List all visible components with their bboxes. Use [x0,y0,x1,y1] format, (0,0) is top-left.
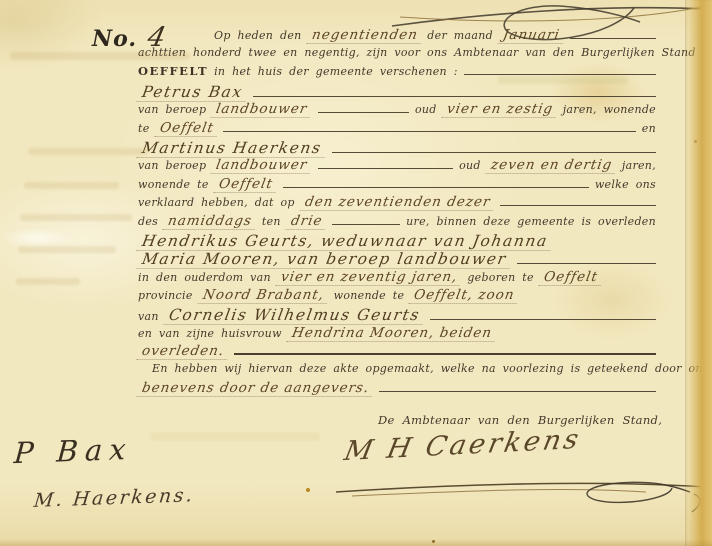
printed-text: in het huis der gemeente verschenen : [214,65,458,78]
handwritten-text: Martinus Haerkens [136,139,327,158]
document-line: desnamiddagstendrieure, binnen deze geme… [138,213,662,232]
printed-text: jaren, [622,159,656,172]
document-line: En hebben wij hiervan deze akte opgemaak… [138,362,662,381]
blank-fill-rule [517,259,656,264]
printed-text: OEFFELT [138,64,208,78]
printed-text: achttien honderd twee en negentig, zijn … [138,46,712,59]
document-line: en van zijne huisvrouwHendrina Mooren, b… [138,325,662,344]
printed-text: en [642,122,656,135]
blank-fill-rule [332,220,400,225]
handwritten-text: Maria Mooren, van beroep landbouwer [136,250,512,269]
printed-text: geboren te [467,271,534,284]
printed-text: jaren, wonende [563,103,656,116]
printed-text: En hebben wij hiervan deze akte opgemaak… [152,362,709,375]
page-edge-bottom [0,539,712,546]
handwritten-text: drie [285,213,327,230]
blank-fill-rule [223,127,635,132]
document-line: van beroeplandbouweroudvier en zestigjar… [138,101,662,120]
scanned-death-record: { "page": { "act_number_label": "No.", "… [0,0,712,546]
official-signature-flourish [330,475,712,525]
blank-fill-rule [253,92,656,97]
printed-text: van beroep [138,103,206,116]
blank-fill-rule [570,34,656,39]
document-line: van beroeplandbouweroudzeven en dertigja… [138,157,662,176]
ink-speck [306,488,310,492]
handwritten-text: landbouwer [211,101,313,118]
signature-petrus-bax: P Bax [13,432,134,470]
handwritten-text: Oeffelt [154,120,219,137]
handwritten-text: Cornelis Wilhelmus Geurts [163,306,425,325]
document-line: vanCornelis Wilhelmus Geurts [138,306,662,325]
bleed-through-mark [10,52,190,60]
handwritten-text: Hendrikus Geurts, weduwnaar van Johanna [136,232,553,251]
handwritten-text: zeven en dertig [485,157,617,174]
printed-text: en van zijne huisvrouw [138,327,282,340]
document-line: Op heden dennegentiendender maandJanuari [138,27,662,46]
handwritten-text: namiddags [163,213,258,230]
bleed-through-mark [20,214,132,221]
printed-text: ten [262,215,281,228]
handwritten-text: den zeventienden dezer [299,194,495,211]
handwritten-text: negentienden [306,27,423,44]
printed-text: wonende te [334,289,405,302]
handwritten-text: Oeffelt, zoon [409,287,520,304]
handwritten-text: Januari [497,27,565,44]
printed-text: verklaard hebben, dat op [138,196,295,209]
page-edge-right [685,0,712,546]
document-line: Hendrikus Geurts, weduwnaar van Johanna [138,232,662,251]
document-line: in den ouderdom vanvier en zeventig jare… [138,269,662,288]
printed-text: welke ons [595,178,656,191]
printed-text: in den ouderdom van [138,271,271,284]
printed-text: van beroep [138,159,206,172]
handwritten-text: Oeffelt [538,269,603,286]
paper-crease [0,228,74,248]
official-signature: M H Caerkens [342,424,584,467]
printed-text: oud [459,159,481,172]
document-line: Petrus Bax [138,83,662,102]
bleed-through-mark [28,148,148,155]
signature-m-haerkens: M. Haerkens. [33,484,196,512]
handwritten-text: Oeffelt [213,176,278,193]
document-line: verklaard hebben, dat opden zeventienden… [138,194,662,213]
printed-text: oud [415,103,437,116]
document-line: provincieNoord Brabant,wonende teOeffelt… [138,287,662,306]
blank-fill-rule [464,70,656,75]
blank-fill-rule [379,387,656,392]
document-line: teOeffelten [138,120,662,139]
handwritten-text: Petrus Bax [136,83,248,102]
printed-text: van [138,310,159,323]
bleed-through-mark [498,76,628,84]
printed-text: te [138,122,150,135]
printed-text: ure, binnen deze gemeente is overleden [406,215,656,228]
handwritten-text: vier en zeventig jaren, [275,269,462,286]
printed-text: provincie [138,289,193,302]
act-number-label: No. [92,26,137,52]
handwritten-text: benevens door de aangevers. [137,380,375,397]
printed-text: des [138,215,158,228]
document-line: wonende teOeffeltwelke ons [138,176,662,195]
handwritten-text: landbouwer [211,157,313,174]
bleed-through-mark [24,182,119,189]
bleed-through-mark [150,432,320,441]
blank-fill-rule [332,148,656,153]
blank-fill-rule [318,164,454,169]
bleed-through-mark [16,278,80,285]
official-title: De Ambtenaar van den Burgerlijken Stand, [378,413,662,427]
handwritten-text: vier en zestig [441,101,558,118]
handwritten-text: overleden. [137,343,230,360]
blank-fill-rule [283,183,589,188]
blank-fill-rule [234,349,656,355]
blank-fill-rule [430,315,656,320]
document-line: overleden. [138,343,662,362]
document-line: Martinus Haerkens [138,139,662,158]
blank-fill-rule [318,108,409,113]
handwritten-text: Hendrina Mooren, beiden [286,325,497,342]
handwritten-text: Noord Brabant, [197,287,329,304]
document-line: achttien honderd twee en negentig, zijn … [138,46,662,65]
document-line: benevens door de aangevers. [138,380,662,399]
printed-text: wonende te [138,178,209,191]
blank-fill-rule [500,201,656,206]
printed-text: Op heden den [214,29,302,42]
document-line: Maria Mooren, van beroep landbouwer [138,250,662,269]
printed-text: der maand [427,29,493,42]
